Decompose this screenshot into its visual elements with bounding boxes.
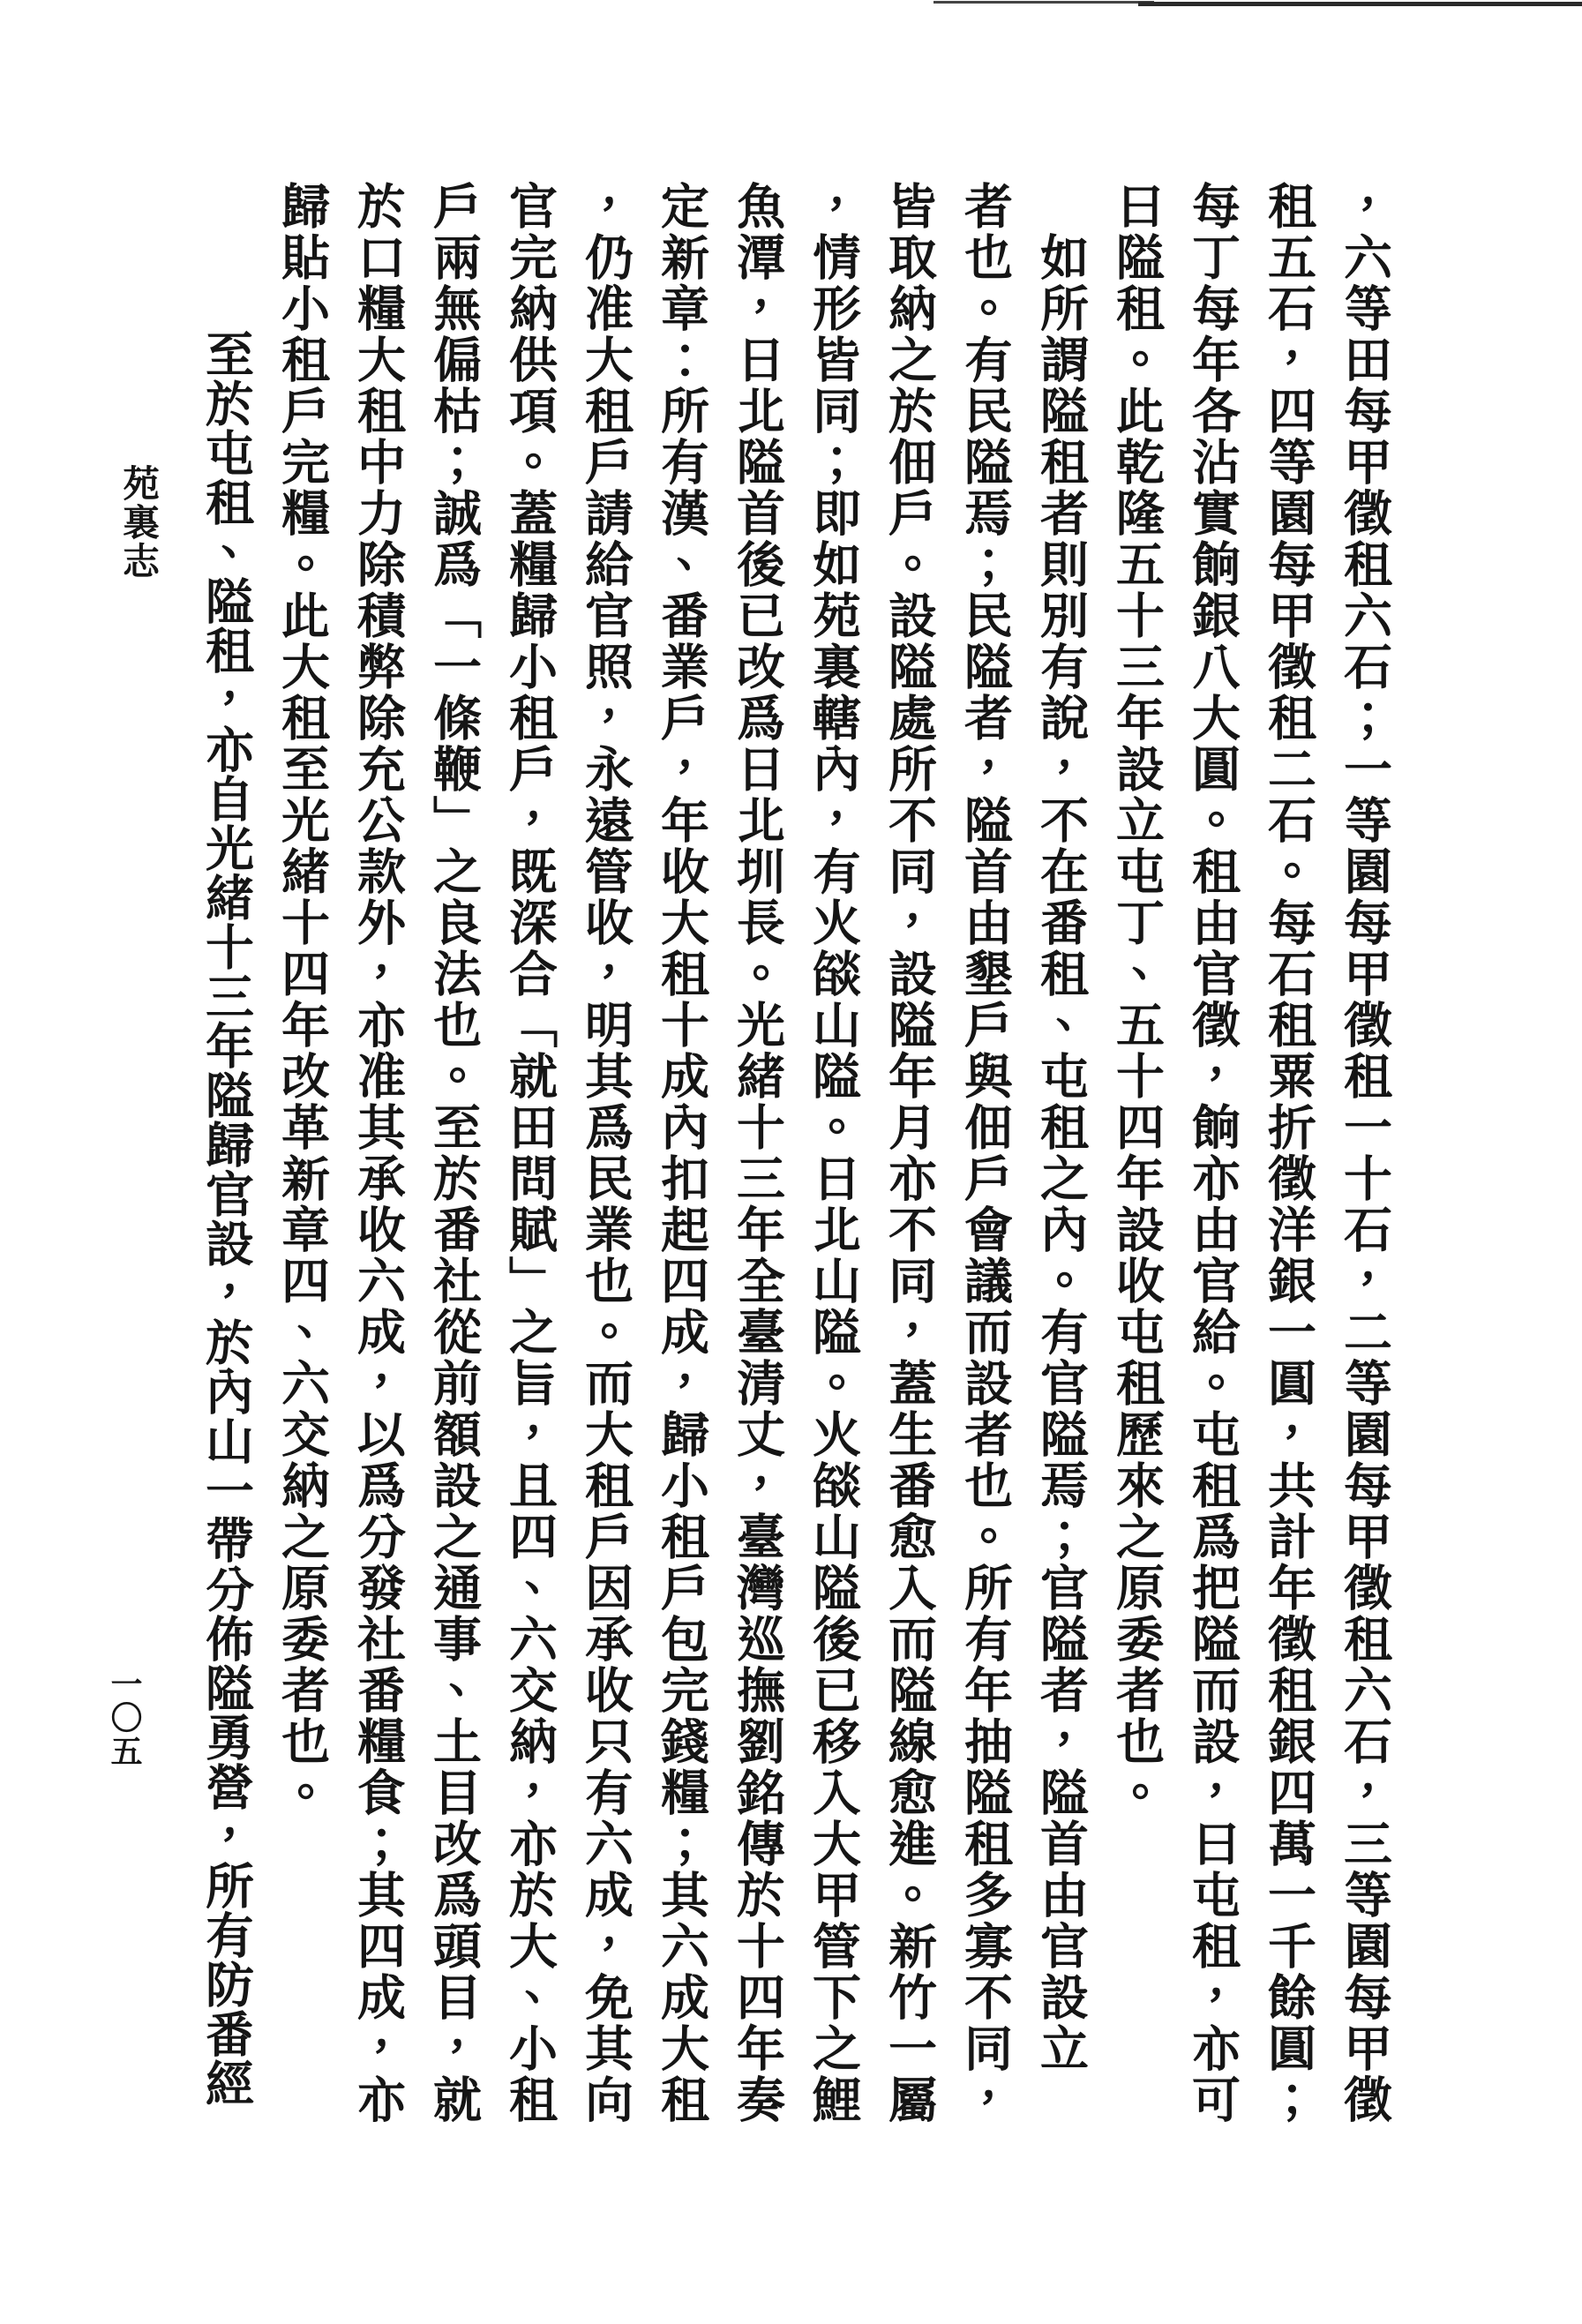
- text-column-14: 於口糧大租中力除積弊除充公款外，亦准其承收六成，以爲分發社番糧食；其四成，亦: [339, 181, 415, 2175]
- main-text-block: ，六等田每甲徵租六石；一等園每甲徵租一十石，二等園每甲徵租六石，三等園每甲徵 租…: [187, 181, 1401, 2175]
- scan-edge-line-right: [1138, 2, 1582, 6]
- text-column-10: 定新章：所有漢、番業戶，年收大租十成內扣起四成，歸小租戶包完錢糧；其六成大租: [642, 181, 718, 2175]
- text-column-7: 皆取納之於佃戶。設隘處所不同，設隘年月亦不同，蓋生番愈入而隘線愈進。新竹一屬: [870, 181, 946, 2175]
- text-column-16: 至於屯租、隘租，亦自光緒十三年隘歸官設，於內山一帶分佈隘勇營，所有防番經: [187, 181, 263, 2175]
- text-column-11: ，仍准大租戶請給官照，永遠管收，明其爲民業也。而大租戶因承收只有六成，免其向: [566, 181, 642, 2175]
- text-column-9: 魚潭，日北隘首後已改爲日北圳長。光緒十三年全臺清丈，臺灣巡撫劉銘傳於十四年奏: [718, 181, 794, 2175]
- text-column-4: 曰隘租。此乾隆五十三年設立屯丁、五十四年設收屯租歷來之原委者也。: [1098, 181, 1173, 2175]
- text-column-1: ，六等田每甲徵租六石；一等園每甲徵租一十石，二等園每甲徵租六石，三等園每甲徵: [1325, 181, 1401, 2175]
- text-column-15: 歸貼小租戶完糧。此大租至光緒十四年改革新章四、六交納之原委者也。: [263, 181, 339, 2175]
- text-column-8: ，情形皆同；即如苑裏轄內，有火燄山隘。日北山隘。火燄山隘後已移入大甲管下之鯉: [794, 181, 870, 2175]
- text-column-13: 戶兩無偏枯；誠爲「一條鞭」之良法也。至於番社從前額設之通事、土目改爲頭目，就: [415, 181, 491, 2175]
- text-column-6: 者也。有民隘焉；民隘者，隘首由墾戶與佃戶會議而設者也。所有年抽隘租多寡不同，: [946, 181, 1022, 2175]
- text-column-12: 官完納供項。蓋糧歸小租戶，既深合「就田問賦」之旨，且四、六交納，亦於大、小租: [491, 181, 566, 2175]
- scanned-book-page: 苑裏志 一〇五 ，六等田每甲徵租六石；一等園每甲徵租一十石，二等園每甲徵租六石，…: [0, 0, 1582, 2324]
- text-column-5: 如所謂隘租者則別有說，不在番租、屯租之內。有官隘焉；官隘者，隘首由官設立: [1022, 181, 1098, 2175]
- text-column-2: 租五石，四等園每甲徵租二石。每石租粟折徵洋銀一圓，共計年徵租銀四萬一千餘圓；: [1249, 181, 1325, 2175]
- scan-edge-line-left: [933, 1, 1154, 4]
- text-column-3: 每丁每年各沾實餉銀八大圓。租由官徵，餉亦由官給。屯租爲把隘而設，曰屯租，亦可: [1173, 181, 1249, 2175]
- page-number: 一〇五: [102, 1668, 147, 1768]
- book-title: 苑裏志: [111, 464, 164, 581]
